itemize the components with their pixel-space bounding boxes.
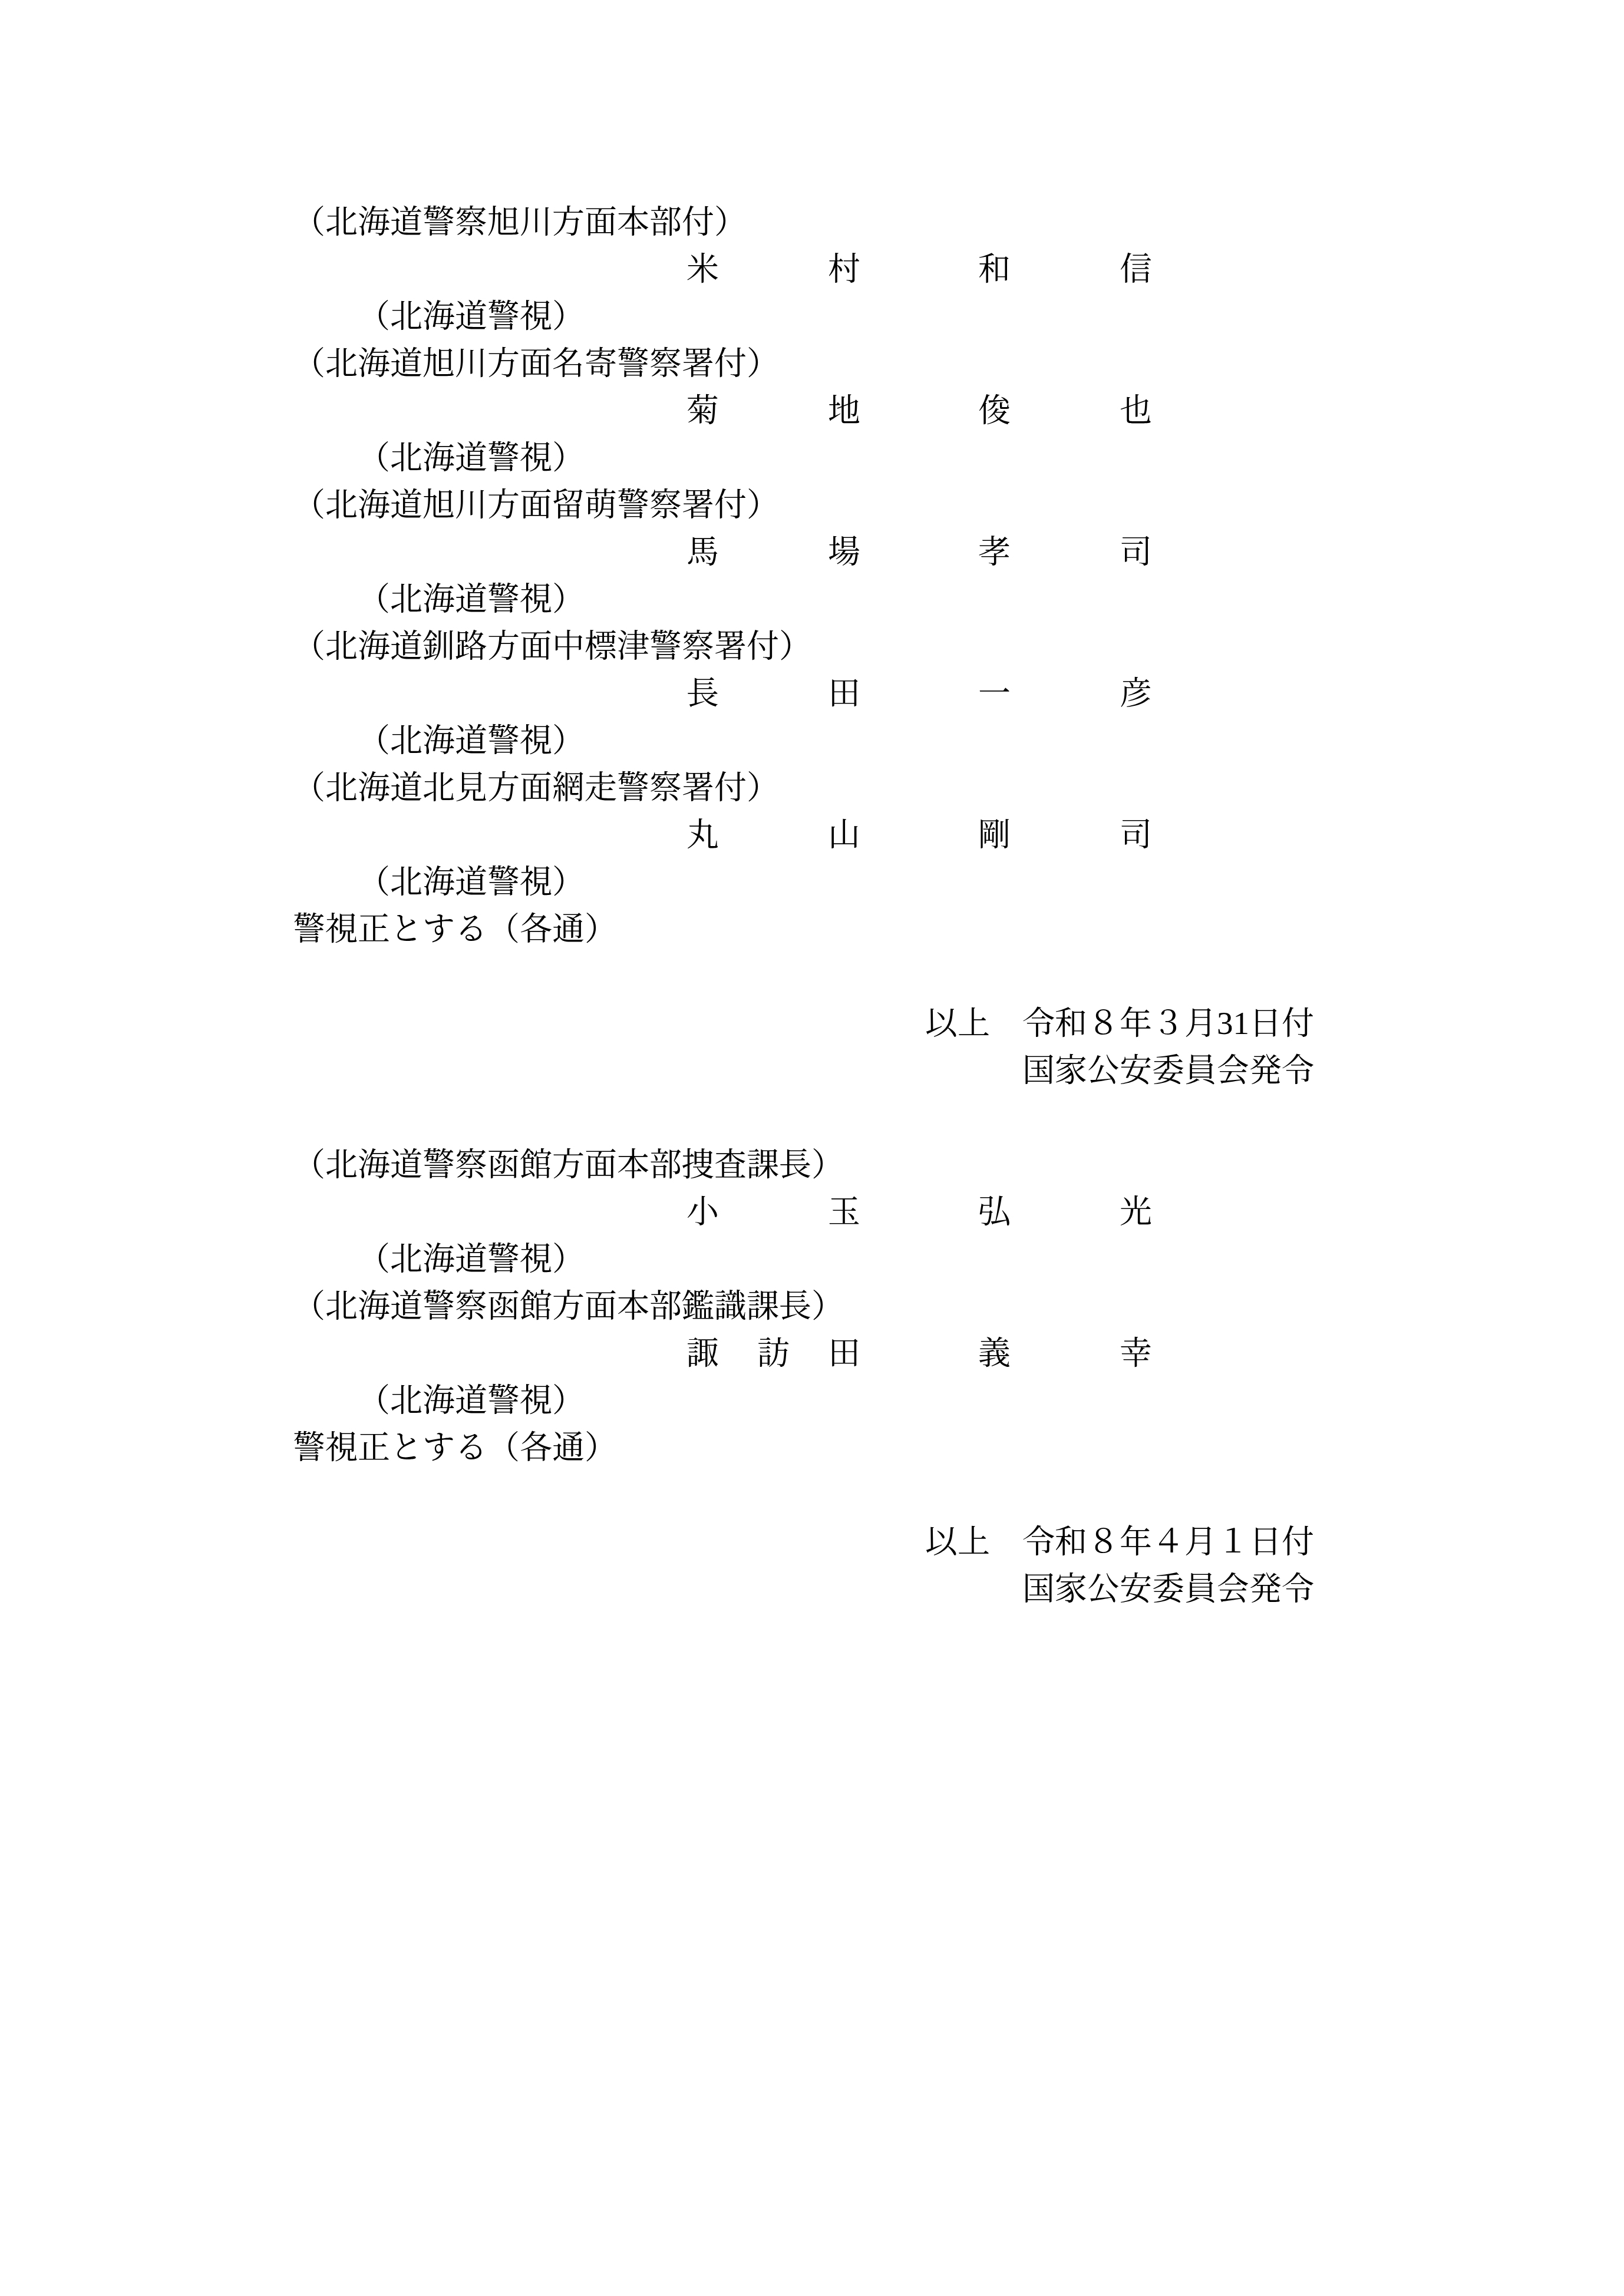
person-name: 諏訪田 義幸 [686,1330,1152,1377]
name-char: 田 [828,670,860,717]
name-char: 和 [978,246,1011,293]
name-char: 村 [828,246,860,293]
name-char: 弘 [978,1188,1011,1235]
surname: 諏訪田 [686,1330,860,1377]
issuer-line: 国家公安委員会発令 [293,1565,1314,1613]
name-char: 俊 [978,387,1011,434]
person-name: 菊地 俊也 [686,387,1152,434]
rank-name-line: （北海道警視） 菊地 俊也 [293,387,1314,434]
rank-label: （北海道警視） [358,434,585,481]
position-line: （北海道警察函館方面本部捜査課長） [293,1141,1314,1188]
rank-label: （北海道警視） [358,1377,585,1424]
surname: 丸山 [686,811,860,858]
name-char: 司 [1120,811,1152,858]
surname: 長田 [686,670,860,717]
position-line: （北海道旭川方面名寄警察署付） [293,340,1314,387]
name-char: 小 [686,1188,719,1235]
position-line: （北海道旭川方面留萌警察署付） [293,481,1314,528]
given-name: 一彦 [978,670,1152,717]
person-name: 馬場 孝司 [686,528,1152,576]
name-char: 也 [1120,387,1152,434]
given-name: 義幸 [978,1330,1152,1377]
person-name: 丸山 剛司 [686,811,1152,858]
position-line: （北海道警察函館方面本部鑑識課長） [293,1283,1314,1330]
rank-name-line: （北海道警視） 小玉 弘光 [293,1188,1314,1235]
position-line: （北海道釧路方面中標津警察署付） [293,623,1314,670]
surname: 菊地 [686,387,860,434]
surname: 米村 [686,246,860,293]
rank-name-line: （北海道警視） 米村 和信 [293,246,1314,293]
name-char: 信 [1120,246,1152,293]
person-name: 小玉 弘光 [686,1188,1152,1235]
rank-label: （北海道警視） [358,1235,585,1283]
name-char: 長 [686,670,719,717]
person-name: 長田 一彦 [686,670,1152,717]
name-char: 山 [828,811,860,858]
rank-label: （北海道警視） [358,293,585,340]
name-char: 訪 [757,1330,790,1377]
rank-label: （北海道警視） [358,576,585,623]
position-line: （北海道北見方面網走警察署付） [293,764,1314,811]
name-char: 菊 [686,387,719,434]
rank-label: （北海道警視） [358,717,585,764]
issuer-line: 国家公安委員会発令 [293,1047,1314,1094]
rank-name-line: （北海道警視） 馬場 孝司 [293,528,1314,576]
given-name: 和信 [978,246,1152,293]
name-char: 剛 [978,811,1011,858]
name-char: 義 [978,1330,1011,1377]
name-char: 光 [1120,1188,1152,1235]
name-char: 玉 [828,1188,860,1235]
document-page: （北海道警察旭川方面本部付） （北海道警視） 米村 和信 （北海道旭川方面名寄警… [0,0,1624,2296]
name-char: 丸 [686,811,719,858]
name-char: 馬 [686,528,719,576]
promotion-note-line: 警視正とする（各通） [293,906,1314,953]
given-name: 俊也 [978,387,1152,434]
person-name: 米村 和信 [686,246,1152,293]
name-char: 米 [686,246,719,293]
name-char: 司 [1120,528,1152,576]
rank-name-line: （北海道警視） 諏訪田 義幸 [293,1330,1314,1377]
rank-name-line: （北海道警視） 長田 一彦 [293,670,1314,717]
given-name: 孝司 [978,528,1152,576]
name-char: 一 [978,670,1011,717]
name-char: 孝 [978,528,1011,576]
rank-name-line: （北海道警視） 丸山 剛司 [293,811,1314,858]
surname: 馬場 [686,528,860,576]
given-name: 弘光 [978,1188,1152,1235]
name-char: 諏 [686,1330,719,1377]
name-char: 田 [828,1330,860,1377]
rank-label: （北海道警視） [358,858,585,906]
name-char: 地 [828,387,860,434]
name-char: 場 [828,528,860,576]
name-char: 彦 [1120,670,1152,717]
position-line: （北海道警察旭川方面本部付） [293,199,1314,246]
closing-date-line: 以上 令和８年３月31日付 [293,1000,1314,1047]
closing-date-line: 以上 令和８年４月１日付 [293,1518,1314,1565]
surname: 小玉 [686,1188,860,1235]
name-char: 幸 [1120,1330,1152,1377]
given-name: 剛司 [978,811,1152,858]
promotion-note-line: 警視正とする（各通） [293,1424,1314,1471]
